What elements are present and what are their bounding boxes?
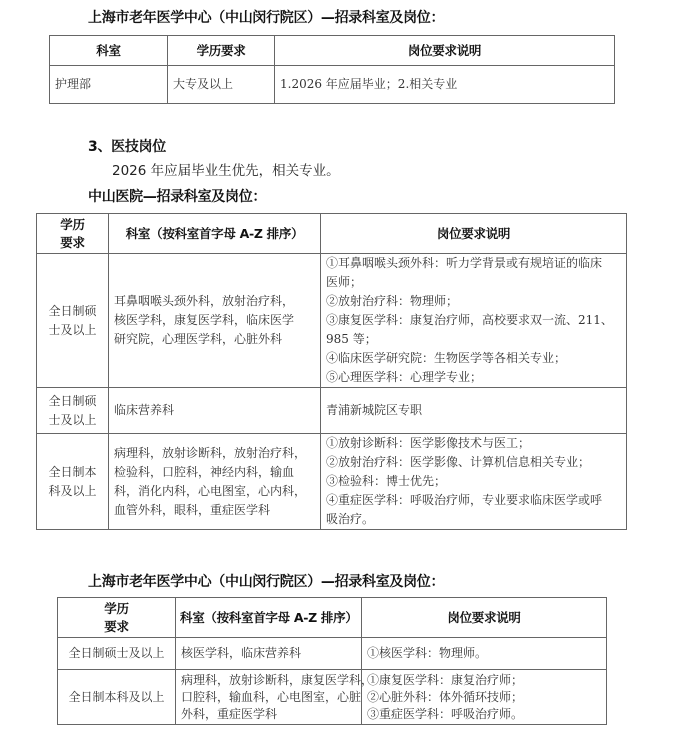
table-row: 全日制本科及以上 病理科，放射诊断科，康复医学科， 口腔科，输血科，心电图室，心… [58,670,607,725]
section3-table: 学历 要求 科室（按科室首字母 A-Z 排序） 岗位要求说明 全日制硕士及以上 … [57,597,607,725]
table-row: 全日制硕士及以上 核医学科，临床营养科 ①核医学科：物理师。 [58,638,607,670]
cell-education: 全日制硕 士及以上 [37,254,109,388]
cell-dept: 核医学科，临床营养科 [176,638,362,670]
section2-title: 中山医院—招录科室及岗位： [88,186,266,206]
section2-number-title: 3、医技岗位 [88,136,166,156]
table-row: 全日制硕 士及以上 耳鼻咽喉头颈外科，放射治疗科， 核医学科，康复医学科，临床医… [37,254,627,388]
section1-title: 上海市老年医学中心（中山闵行院区）—招录科室及岗位： [88,7,444,27]
cell-dept: 临床营养科 [109,388,321,434]
section2-table: 学历 要求 科室（按科室首字母 A-Z 排序） 岗位要求说明 全日制硕 士及以上… [36,213,627,530]
cell-dept: 病理科，放射诊断科，放射治疗科， 检验科，口腔科，神经内科，输血 科，消化内科，… [109,434,321,530]
cell-education: 大专及以上 [168,66,275,104]
cell-requirement: 青浦新城院区专职 [321,388,627,434]
section2-note: 2026 年应届毕业生优先，相关专业。 [112,159,340,179]
table-header-row: 学历 要求 科室（按科室首字母 A-Z 排序） 岗位要求说明 [37,214,627,254]
header-education: 学历 要求 [58,598,176,638]
header-dept: 科室（按科室首字母 A-Z 排序） [176,598,362,638]
header-dept: 科室（按科室首字母 A-Z 排序） [109,214,321,254]
header-education: 学历 要求 [37,214,109,254]
table-header-row: 学历 要求 科室（按科室首字母 A-Z 排序） 岗位要求说明 [58,598,607,638]
cell-education: 全日制硕士及以上 [58,638,176,670]
cell-dept: 护理部 [50,66,168,104]
table-header-row: 科室 学历要求 岗位要求说明 [50,36,615,66]
header-dept: 科室 [50,36,168,66]
cell-education: 全日制本科及以上 [58,670,176,725]
cell-requirement: 1.2026 年应届毕业；2.相关专业 [275,66,615,104]
table-row: 全日制本 科及以上 病理科，放射诊断科，放射治疗科， 检验科，口腔科，神经内科，… [37,434,627,530]
cell-education: 全日制硕 士及以上 [37,388,109,434]
cell-requirement: ①放射诊断科：医学影像技术与医工； ②放射治疗科：医学影像、计算机信息相关专业；… [321,434,627,530]
header-requirement: 岗位要求说明 [275,36,615,66]
cell-requirement: ①康复医学科：康复治疗师； ②心脏外科：体外循环技师； ③重症医学科：呼吸治疗师… [362,670,607,725]
cell-dept: 耳鼻咽喉头颈外科，放射治疗科， 核医学科，康复医学科，临床医学 研究院，心理医学… [109,254,321,388]
header-requirement: 岗位要求说明 [321,214,627,254]
header-education: 学历要求 [168,36,275,66]
section1-table: 科室 学历要求 岗位要求说明 护理部 大专及以上 1.2026 年应届毕业；2.… [49,35,615,104]
section3-title: 上海市老年医学中心（中山闵行院区）—招录科室及岗位： [88,571,444,591]
cell-requirement: ①耳鼻咽喉头颈外科：听力学背景或有规培证的临床 医师； ②放射治疗科：物理师； … [321,254,627,388]
cell-requirement: ①核医学科：物理师。 [362,638,607,670]
cell-dept: 病理科，放射诊断科，康复医学科， 口腔科，输血科，心电图室，心脏 外科，重症医学… [176,670,362,725]
table-row: 护理部 大专及以上 1.2026 年应届毕业；2.相关专业 [50,66,615,104]
header-requirement: 岗位要求说明 [362,598,607,638]
table-row: 全日制硕 士及以上 临床营养科 青浦新城院区专职 [37,388,627,434]
cell-education: 全日制本 科及以上 [37,434,109,530]
